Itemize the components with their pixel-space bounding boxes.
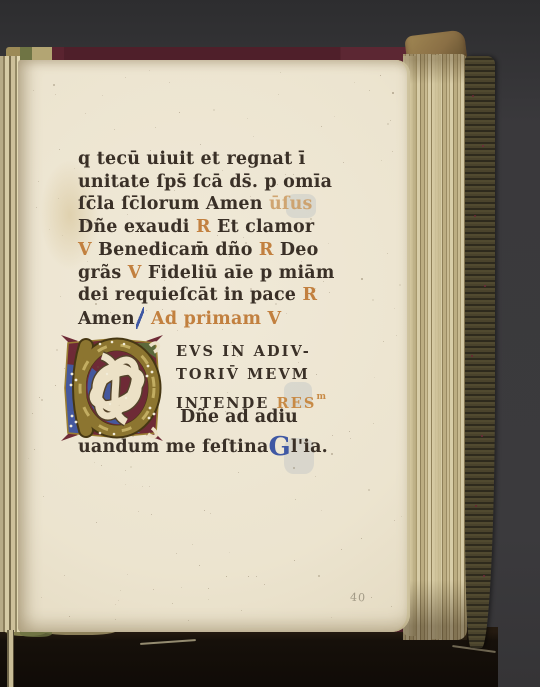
rubric-text: R	[259, 240, 280, 260]
parchment-speckle	[321, 126, 322, 127]
manuscript-text: grãs	[78, 263, 128, 283]
parchment-speckle	[55, 94, 56, 95]
parchment-speckle	[248, 576, 249, 577]
parchment-speckle	[149, 486, 150, 487]
text-line: grãs V Fideliū aīe p miām	[78, 262, 335, 285]
parchment-speckle	[60, 296, 61, 297]
rubric-text: ūſus	[269, 194, 313, 214]
text-line: V Benedicam̄ dño R Deo	[78, 239, 335, 262]
parchment-speckle	[350, 438, 351, 439]
parchment-speckle	[151, 514, 152, 515]
parchment-speckle	[381, 160, 382, 161]
parchment-speckle	[394, 308, 395, 309]
parchment-speckle	[115, 604, 116, 605]
rubric-text: R	[196, 217, 217, 237]
parchment-speckle	[213, 109, 215, 111]
parchment-speckle	[200, 144, 201, 145]
parchment-speckle	[32, 413, 33, 414]
parchment-speckle	[153, 589, 154, 590]
parchment-speckle	[192, 544, 193, 545]
manuscript-text: Deo	[280, 240, 319, 260]
parchment-speckle	[179, 112, 180, 113]
manuscript-text: Amen	[78, 309, 135, 329]
parchment-speckle	[354, 82, 355, 83]
rubric-text: V	[78, 240, 98, 260]
parchment-speckle	[278, 94, 279, 95]
parchment-speckle	[238, 472, 239, 473]
parchment-speckle	[368, 489, 370, 491]
parchment-speckle	[361, 278, 363, 280]
manuscript-text: l'ia.	[291, 437, 328, 457]
parchment-speckle	[125, 484, 126, 485]
parchment-speckle	[199, 565, 200, 566]
parchment-speckle	[36, 207, 37, 208]
parchment-speckle	[85, 113, 86, 114]
parchment-speckle	[332, 435, 333, 436]
manuscript-page: q tecū uiuit et regnat īunitate ſps̄ ſcā…	[18, 60, 410, 632]
manuscript-text: TORIV̄ MEVM	[176, 366, 310, 383]
parchment-speckle	[28, 458, 29, 459]
parchment-speckle	[247, 118, 248, 119]
parchment-speckle	[241, 610, 242, 611]
text-block: q tecū uiuit et regnat īunitate ſps̄ ſcā…	[78, 148, 335, 331]
parchment-speckle	[369, 90, 370, 91]
parchment-speckle	[115, 619, 116, 620]
parchment-speckle	[392, 151, 393, 152]
text-line: Dñe exaudi R Et clamor	[78, 216, 335, 239]
parchment-speckle	[94, 462, 95, 463]
parchment-speckle	[43, 496, 44, 497]
parchment-speckle	[69, 616, 70, 617]
photo-background: q tecū uiuit et regnat īunitate ſps̄ ſcā…	[0, 0, 540, 687]
parchment-speckle	[394, 520, 395, 521]
parchment-speckle	[387, 123, 389, 125]
parchment-speckle	[383, 341, 384, 342]
parchment-speckle	[401, 516, 402, 517]
parchment-speckle	[101, 465, 102, 466]
manuscript-text: Fideliū aīe p miām	[148, 263, 335, 283]
rubric-text: R	[302, 285, 317, 305]
manuscript-text: uandum me feſtina	[78, 437, 268, 457]
parchment-speckle	[188, 620, 189, 621]
parchment-speckle	[264, 584, 265, 585]
parchment-speckle	[41, 399, 43, 401]
parchment-speckle	[318, 575, 320, 577]
manuscript-text: q tecū uiuit et regnat ī	[78, 149, 306, 169]
rubric-text: V	[128, 263, 148, 283]
text-line: Dñe ad adiu	[180, 407, 298, 427]
parchment-speckle	[372, 299, 374, 301]
parchment-speckle	[169, 82, 170, 83]
parchment-speckle	[361, 538, 362, 539]
text-line: TORIV̄ MEVM	[176, 363, 328, 386]
parchment-speckle	[204, 510, 205, 511]
parchment-speckle	[33, 90, 34, 91]
text-line: uandum me feſtinaGl'ia.	[78, 436, 328, 459]
parchment-speckle	[34, 449, 35, 450]
parchment-speckle	[172, 603, 173, 604]
illuminated-initial-D	[60, 334, 164, 442]
parchment-speckle	[331, 453, 333, 455]
manuscript-text: dei requieſcāt in pace	[78, 285, 302, 305]
parchment-speckle	[138, 511, 139, 512]
folio-number: 40	[350, 591, 367, 605]
parchment-speckle	[391, 606, 392, 607]
parchment-speckle	[149, 70, 150, 71]
parchment-speckle	[331, 617, 332, 618]
parchment-speckle	[125, 470, 126, 471]
parchment-speckle	[127, 574, 128, 575]
parchment-speckle	[334, 116, 335, 117]
manuscript-text: ſc̄la ſc̄lorum Amen	[78, 194, 269, 214]
parchment-speckle	[371, 597, 372, 598]
initial-d-artwork	[60, 334, 164, 442]
parchment-speckle	[38, 181, 39, 182]
parchment-speckle	[226, 576, 227, 577]
text-line: q tecū uiuit et regnat ī	[78, 148, 335, 171]
parchment-speckle	[142, 486, 143, 487]
parchment-speckle	[390, 120, 391, 121]
parchment-speckle	[256, 576, 257, 577]
binding-cover-edge	[465, 56, 495, 648]
parchment-speckle	[64, 575, 65, 576]
parchment-speckle	[181, 587, 182, 588]
page-gutter-edges	[7, 630, 14, 687]
page-gutter-edges	[0, 56, 20, 632]
manuscript-text: Dñe exaudi	[78, 217, 196, 237]
parchment-speckle	[59, 149, 60, 150]
parchment-speckle	[55, 385, 56, 386]
parchment-speckle	[208, 599, 209, 600]
parchment-speckle	[396, 335, 397, 336]
parchment-speckle	[294, 560, 295, 561]
parchment-speckle	[210, 513, 211, 514]
rubric-text: m	[316, 392, 328, 402]
parchment-speckle	[41, 597, 42, 598]
parchment-speckle	[387, 253, 388, 254]
parchment-speckle	[380, 75, 381, 76]
text-line: Amen Ad primam V	[78, 307, 335, 331]
parchment-speckle	[321, 510, 322, 511]
parchment-speckle	[155, 127, 156, 128]
parchment-speckle	[118, 600, 119, 601]
manuscript-text: G	[268, 432, 290, 462]
parchment-speckle	[96, 522, 97, 523]
parchment-speckle	[253, 136, 254, 137]
manuscript-text: unitate ſps̄ ſcā ds̄. p omīa	[78, 172, 332, 192]
parchment-speckle	[53, 84, 55, 86]
text-line: unitate ſps̄ ſcā ds̄. p omīa	[78, 171, 335, 194]
manuscript-text: Benedicam̄ dño	[98, 240, 259, 260]
parchment-speckle	[392, 92, 394, 94]
parchment-speckle	[373, 423, 374, 424]
parchment-speckle	[130, 466, 132, 468]
text-line: EVS IN ADIV-	[176, 340, 328, 363]
parchment-speckle	[374, 377, 375, 378]
parchment-speckle	[114, 129, 115, 130]
fore-edge-page-stack	[403, 54, 467, 640]
parchment-speckle	[349, 431, 350, 432]
rubric-text: V	[268, 309, 282, 329]
parchment-speckle	[280, 72, 281, 73]
manuscript-text: EVS IN ADIV-	[176, 343, 311, 360]
text-line: ſc̄la ſc̄lorum Amen ūſus	[78, 193, 335, 216]
parchment-speckle	[315, 476, 316, 477]
parchment-speckle	[229, 552, 230, 553]
parchment-speckle	[125, 77, 126, 78]
capitals-block: EVS IN ADIV-TORIV̄ MEVMINTENDE RESm	[176, 340, 328, 416]
pen-flourish	[136, 307, 144, 329]
rubric-text: Ad primam	[145, 309, 268, 329]
parchment-speckle	[399, 284, 401, 286]
parchment-speckle	[295, 499, 296, 500]
parchment-speckle	[120, 590, 121, 591]
parchment-speckle	[176, 553, 177, 554]
parchment-speckle	[56, 349, 58, 351]
parchment-speckle	[341, 549, 342, 550]
text-block-below-initial: uandum me feſtinaGl'ia.	[78, 436, 328, 459]
manuscript-text: Et clamor	[217, 217, 314, 237]
text-line: dei requieſcāt in pace R	[78, 284, 335, 307]
parchment-speckle	[102, 95, 103, 96]
parchment-speckle	[343, 162, 344, 163]
parchment-speckle	[208, 588, 209, 589]
parchment-speckle	[39, 397, 40, 398]
